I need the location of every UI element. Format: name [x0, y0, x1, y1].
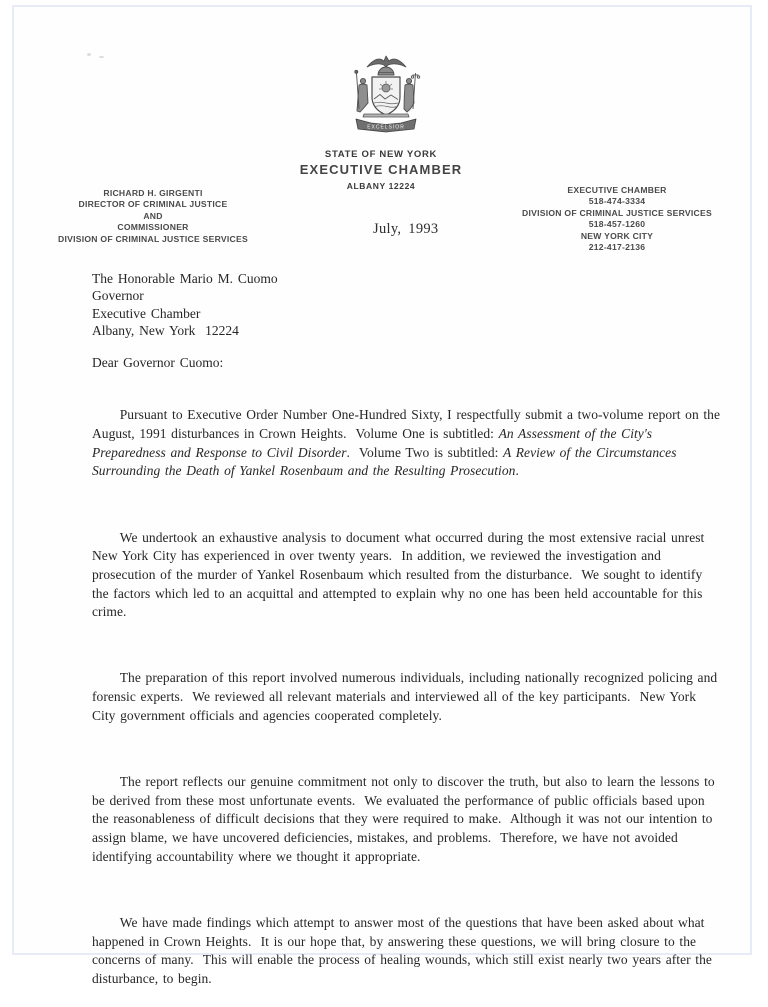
- sun-shape: [382, 84, 390, 92]
- eagle-icon: [367, 56, 406, 67]
- letterhead-address-line: ALBANY 12224: [261, 181, 501, 191]
- salutation: Dear Governor Cuomo:: [92, 354, 722, 372]
- letter-paragraph: The report reflects our genuine commitme…: [92, 754, 722, 885]
- recipient-address-block: The Honorable Mario M. Cuomo Governor Ex…: [92, 270, 722, 340]
- scanned-letter-page: EXCELSIOR STATE OF NEW YORK EXECUTIVE CH…: [12, 5, 752, 955]
- letterhead-title-line: AND: [33, 211, 273, 222]
- paragraph-text: We have made findings which attempt to a…: [92, 915, 717, 967]
- globe-shape: [378, 67, 394, 75]
- letterhead-state-line: STATE OF NEW YORK: [261, 149, 501, 160]
- letterhead-office-line: EXECUTIVE CHAMBER: [504, 185, 730, 196]
- paragraph-text: . Volume Two is subtitled:: [347, 445, 504, 460]
- liberty-figure: [355, 70, 368, 112]
- shield-shape: [372, 77, 400, 115]
- recipient-city: Albany, New York 12224: [92, 322, 722, 339]
- paragraph-text: .: [515, 463, 518, 478]
- paragraph-text: The preparation of this report involved …: [92, 670, 722, 722]
- letter-paragraph: We have made findings which attempt to a…: [92, 895, 722, 967]
- letterhead-title-line: DIRECTOR OF CRIMINAL JUSTICE: [33, 199, 273, 210]
- letterhead-left-block: RICHARD H. GIRGENTI DIRECTOR OF CRIMINAL…: [33, 188, 273, 245]
- letter-paragraph: We undertook an exhaustive analysis to d…: [92, 510, 722, 641]
- pedestal-shape: [363, 114, 409, 117]
- paragraph-text: We undertook an exhaustive analysis to d…: [92, 530, 709, 620]
- letter-body: The Honorable Mario M. Cuomo Governor Ex…: [92, 270, 722, 967]
- paragraph-text: The report reflects our genuine commitme…: [92, 774, 719, 864]
- justice-figure: [404, 73, 420, 112]
- ny-state-seal-icon: EXCELSIOR: [336, 51, 436, 145]
- letterhead-right-block: EXECUTIVE CHAMBER 518-474-3334 DIVISION …: [504, 185, 730, 253]
- recipient-title: Governor: [92, 287, 722, 304]
- letterhead-office-line: NEW YORK CITY: [504, 231, 730, 242]
- letterhead-name: RICHARD H. GIRGENTI: [33, 188, 273, 199]
- letter-date: July, 1993: [373, 221, 438, 238]
- letterhead-phone: 518-474-3334: [504, 196, 730, 207]
- scan-smudge: [87, 53, 109, 61]
- letter-paragraph: Pursuant to Executive Order Number One-H…: [92, 388, 722, 500]
- letterhead-center: STATE OF NEW YORK EXECUTIVE CHAMBER ALBA…: [261, 149, 501, 191]
- letterhead-office-line: DIVISION OF CRIMINAL JUSTICE SERVICES: [504, 208, 730, 219]
- letterhead-chamber-line: EXECUTIVE CHAMBER: [261, 162, 501, 177]
- letterhead-phone: 212-417-2136: [504, 242, 730, 253]
- recipient-office: Executive Chamber: [92, 305, 722, 322]
- letterhead-phone: 518-457-1260: [504, 219, 730, 230]
- recipient-name: The Honorable Mario M. Cuomo: [92, 270, 722, 287]
- letterhead-title-line: DIVISION OF CRIMINAL JUSTICE SERVICES: [33, 234, 273, 245]
- seal-motto-text: EXCELSIOR: [367, 125, 405, 131]
- letter-paragraph: The preparation of this report involved …: [92, 651, 722, 745]
- letterhead-title-line: COMMISSIONER: [33, 222, 273, 233]
